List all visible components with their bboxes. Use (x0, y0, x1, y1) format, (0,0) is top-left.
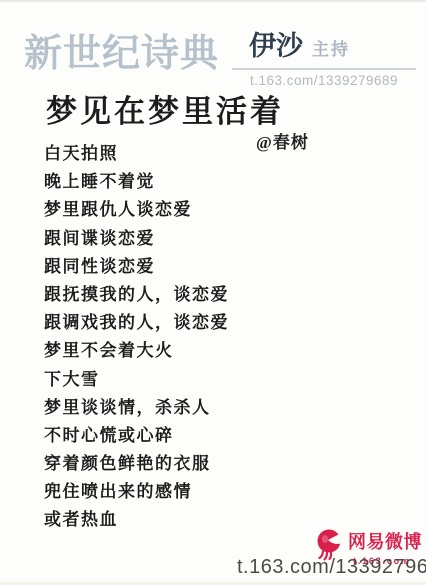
poem-line: 跟调戏我的人，谈恋爱 (44, 309, 384, 337)
brand-name: 网易微博 (348, 528, 422, 554)
poem-line: 穿着颜色鲜艳的衣服 (44, 450, 384, 478)
poem-body: 白天拍照 晚上睡不着觉 梦里跟仇人谈恋爱 跟间谍谈恋爱 跟同性谈恋爱 跟抚摸我的… (44, 140, 384, 535)
poem-line: 下大雪 (44, 366, 384, 394)
poem-line: 白天拍照 (44, 140, 384, 168)
host-block: 伊沙 主持 t.163.com/1339279689 (232, 24, 416, 88)
host-name: 伊沙 (249, 24, 303, 63)
series-logo: 新世纪诗典 (24, 22, 219, 77)
poem-line: 兜住喷出来的感情 (44, 478, 384, 506)
poem-line: 梦里跟仇人谈恋爱 (44, 196, 384, 224)
poem-line: 不时心慌或心碎 (44, 422, 384, 450)
header-divider (232, 68, 416, 70)
poem-line: 跟间谍谈恋爱 (44, 225, 384, 253)
page-url: t.163.com/1339279689 (237, 556, 426, 579)
poem-title: 梦见在梦里活着 (46, 86, 284, 131)
poem-line: 梦里谈谈情，杀杀人 (44, 394, 384, 422)
host-role-label: 主持 (312, 35, 350, 60)
poem-line: 梦里不会着大火 (44, 337, 384, 365)
page-top-edge (0, 0, 426, 2)
poem-line: 跟同性谈恋爱 (44, 253, 384, 281)
poem-line: 晚上睡不着觉 (44, 168, 384, 196)
poem-line: 跟抚摸我的人，谈恋爱 (44, 281, 384, 309)
